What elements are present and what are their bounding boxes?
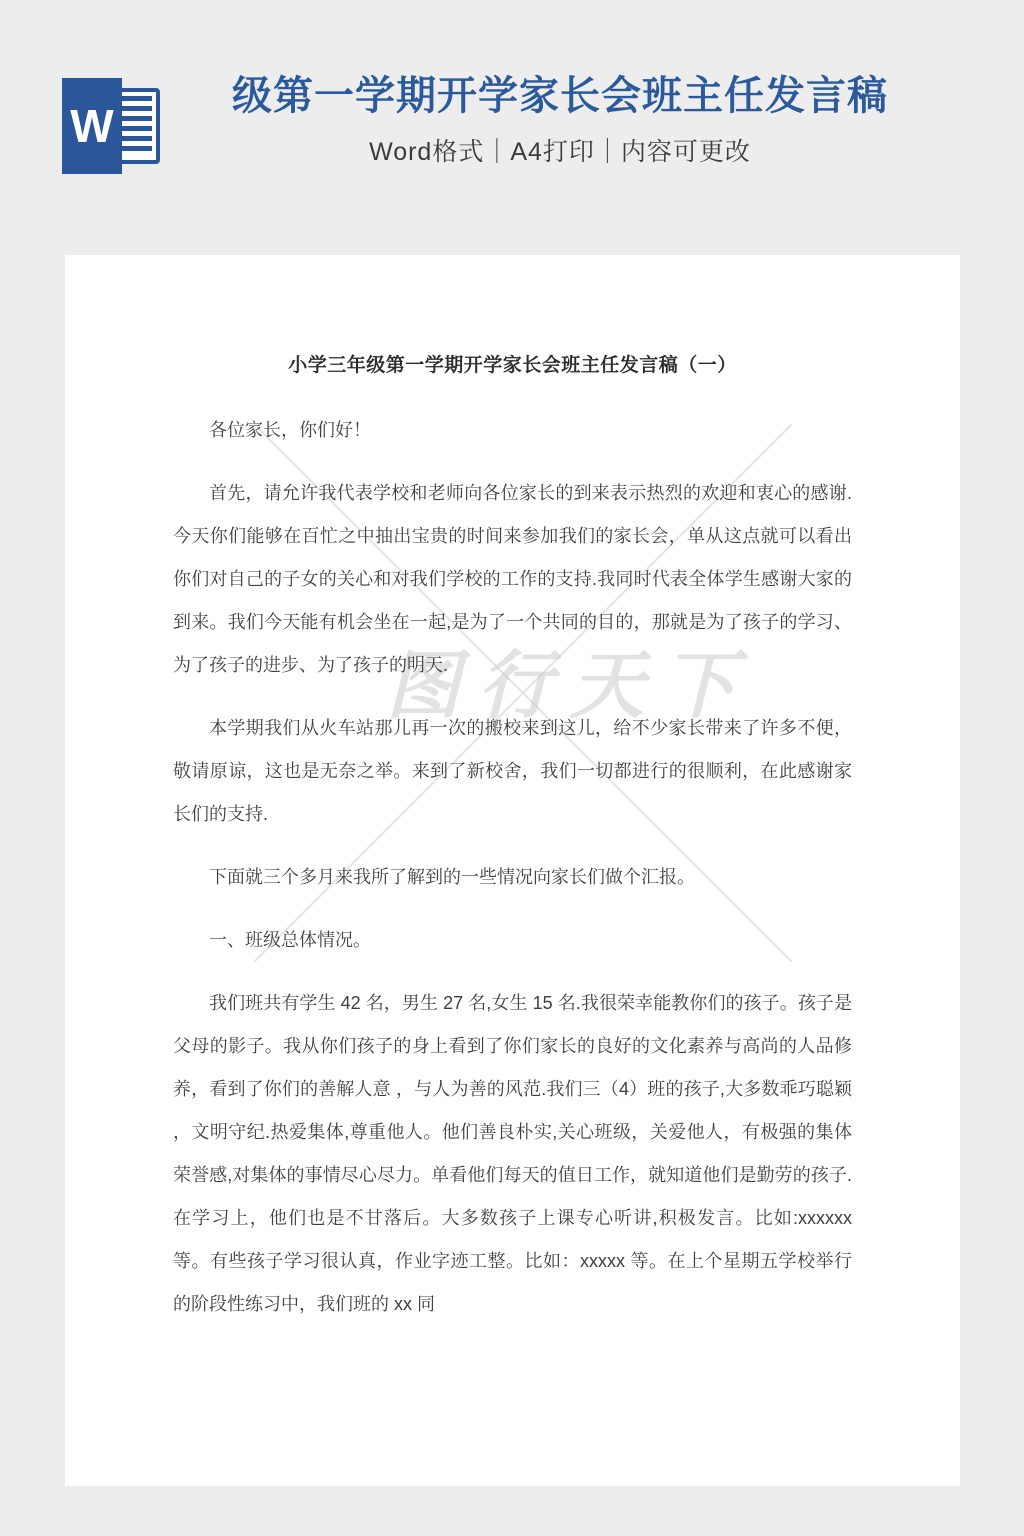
word-icon-letter: W [62, 78, 122, 174]
header-text-block: 级第一学期开学家长会班主任发言稿 Word格式｜A4打印｜内容可更改 [160, 70, 960, 168]
document-page: 图行天下 小学三年级第一学期开学家长会班主任发言稿（一） 各位家长，你们好！ 首… [65, 255, 960, 1486]
paragraph-greeting: 各位家长，你们好！ [173, 409, 852, 452]
document-content: 小学三年级第一学期开学家长会班主任发言稿（一） 各位家长，你们好！ 首先，请允许… [173, 351, 852, 1346]
word-document-icon: W [62, 78, 162, 182]
paragraph-section-heading: 一、班级总体情况。 [173, 919, 852, 962]
template-subtitle: Word格式｜A4打印｜内容可更改 [160, 132, 960, 168]
word-icon-sheet-lines [122, 96, 152, 156]
header: W 级第一学期开学家长会班主任发言稿 Word格式｜A4打印｜内容可更改 [65, 70, 960, 210]
template-preview-page: { "header": { "title": "级第一学期开学家长会班主任发言稿… [0, 0, 1024, 1536]
paragraph-welcome: 首先，请允许我代表学校和老师向各位家长的到来表示热烈的欢迎和衷心的感谢. 今天你… [173, 472, 852, 687]
paragraph-class-overview: 我们班共有学生 42 名，男生 27 名,女生 15 名.我很荣幸能教你们的孩子… [173, 982, 852, 1326]
document-title: 小学三年级第一学期开学家长会班主任发言稿（一） [173, 351, 852, 381]
template-title: 级第一学期开学家长会班主任发言稿 [160, 70, 960, 122]
paragraph-school-move: 本学期我们从火车站那儿再一次的搬校来到这儿，给不少家长带来了许多不便，敬请原谅，… [173, 707, 852, 836]
paragraph-report-intro: 下面就三个多月来我所了解到的一些情况向家长们做个汇报。 [173, 856, 852, 899]
